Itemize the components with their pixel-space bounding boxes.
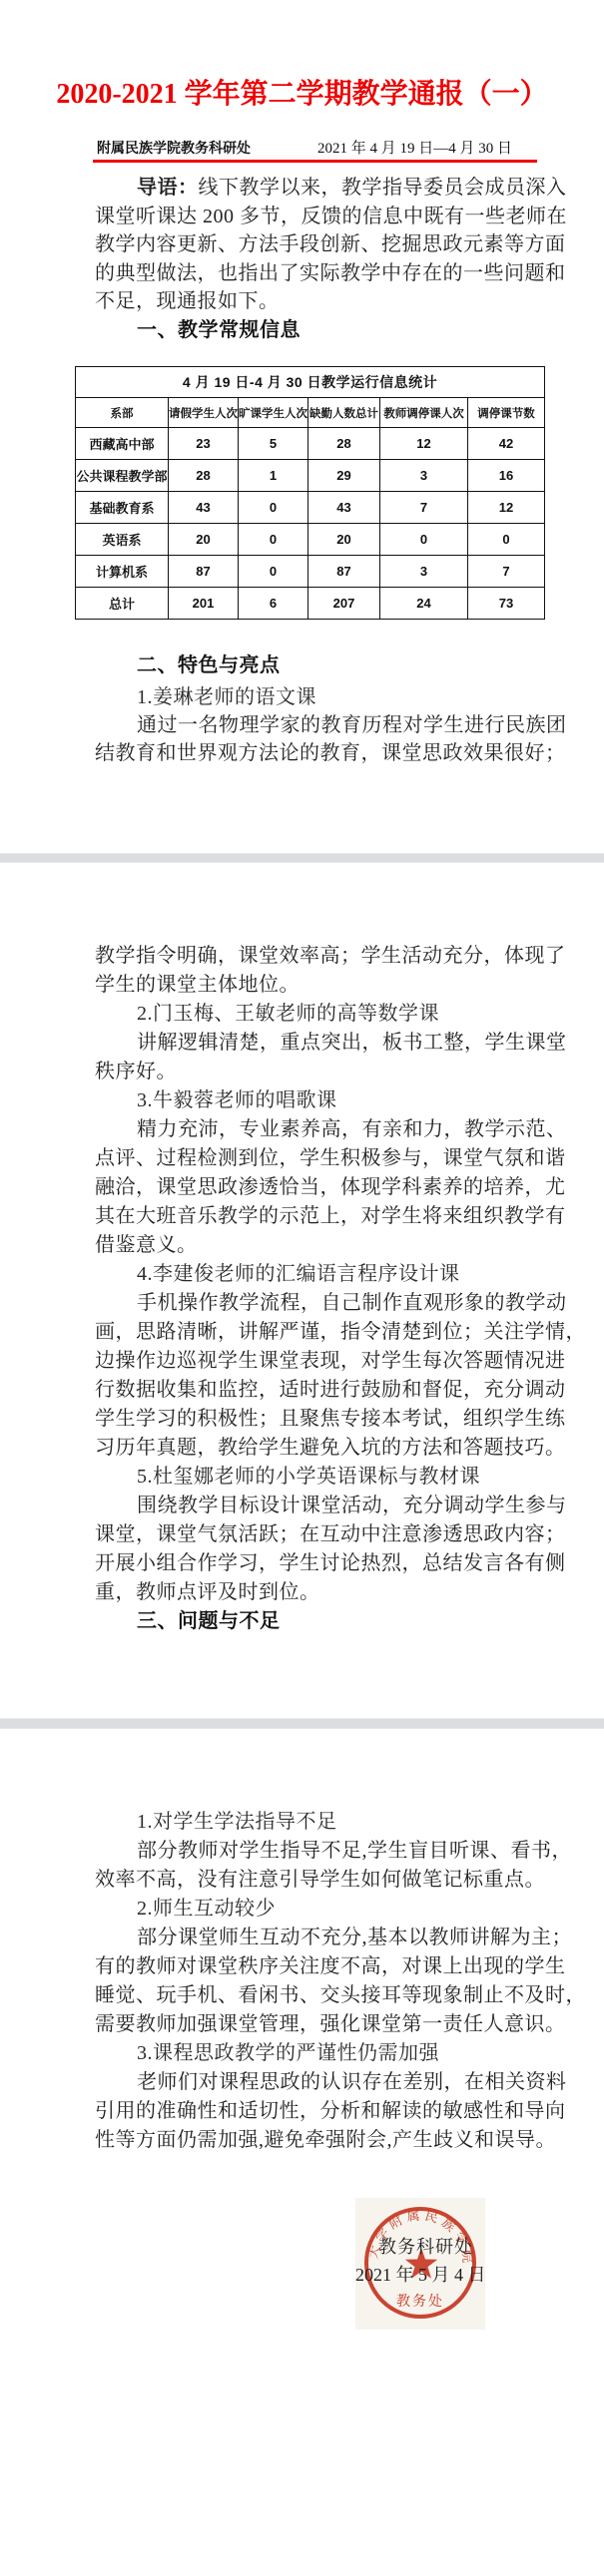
problem-2-title: 2.师生互动较少	[95, 1895, 539, 1924]
table-cell: 12	[468, 492, 545, 524]
highlight-5-title: 5.杜玺娜老师的小学英语课标与教材课	[95, 1463, 539, 1492]
text-line: 习历年真题，教给学生避免入坑的方法和答题技巧。	[95, 1434, 539, 1463]
table-row: 基础教育系 43 0 43 7 12	[76, 492, 545, 524]
table-cell: 7	[468, 556, 545, 588]
table-cell: 0	[239, 524, 308, 556]
text-line: 手机操作教学流程，自己制作直观形象的教学动	[95, 1289, 539, 1318]
text-line: 通过一名物理学家的教育历程对学生进行民族团	[95, 711, 539, 739]
table-cell: 20	[169, 524, 239, 556]
text-line: 学生的课堂主体地位。	[95, 971, 539, 1000]
intro-paragraph: 导语：线下教学以来，教学指导委员会成员深入 课堂听课达 200 多节，反馈的信息…	[95, 174, 539, 316]
col-header: 旷课学生人次	[239, 398, 308, 428]
table-cell: 207	[308, 588, 380, 620]
table-cell: 总计	[76, 588, 169, 620]
text-line: 性等方面仍需加强,避免牵强附会,产生歧义和误导。	[95, 2126, 539, 2155]
section-1-heading: 一、教学常规信息	[95, 316, 539, 344]
col-header: 教师调停课人次	[380, 398, 468, 428]
page-3-text: 1.对学生学法指导不足 部分教师对学生指导不足,学生盲目听课、看书， 效率不高，…	[95, 1808, 539, 2155]
intro-label: 导语：	[137, 177, 199, 199]
highlight-3-title: 3.牛毅蓉老师的唱歌课	[95, 1086, 539, 1115]
highlight-2-paragraph: 讲解逻辑清楚，重点突出，板书工整，学生课堂 秩序好。	[95, 1029, 539, 1086]
text-line: 融洽，课堂思政渗透恰当，体现学科素养的培养，尤	[95, 1173, 539, 1202]
text-line: 睡觉、玩手机、看闲书、交头接耳等现象制止不及时，	[95, 1981, 539, 2010]
text-line: 秩序好。	[95, 1058, 539, 1086]
seal-center-text: 教务处	[396, 2293, 444, 2310]
table-cell: 28	[308, 428, 380, 460]
text-line: 学生学习的积极性；且聚焦专接本考试，组织学生练	[95, 1405, 539, 1434]
table-row: 计算机系 87 0 87 3 7	[76, 556, 545, 588]
table-cell: 16	[468, 460, 545, 492]
text-line: 部分课堂师生互动不充分,基本以教师讲解为主；	[95, 1924, 539, 1952]
highlight-1-title: 1.姜琳老师的语文课	[95, 683, 539, 711]
highlight-4-paragraph: 手机操作教学流程，自己制作直观形象的教学动 画，思路清晰，讲解严谨，指令清楚到位…	[95, 1289, 539, 1463]
table-cell: 7	[380, 492, 468, 524]
text-line: 老师们对课程思政的认识存在差别，在相关资料	[95, 2068, 539, 2097]
table-row: 公共课程教学部 28 1 29 3 16	[76, 460, 545, 492]
section-2-heading: 二、特色与亮点	[95, 651, 539, 679]
page-separator	[0, 1718, 604, 1729]
table-cell: 计算机系	[76, 556, 169, 588]
problem-1-title: 1.对学生学法指导不足	[95, 1808, 539, 1837]
table-total-row: 总计 201 6 207 24 73	[76, 588, 545, 620]
problem-3-title: 3.课程思政教学的严谨性仍需加强	[95, 2039, 539, 2068]
col-header: 调停课节数	[468, 398, 545, 428]
text-line: 边操作边巡视学生课堂表现，对学生每次答题情况进	[95, 1347, 539, 1376]
highlight-2-title: 2.门玉梅、王敏老师的高等数学课	[95, 1000, 539, 1029]
table-cell: 5	[239, 428, 308, 460]
table-cell: 20	[308, 524, 380, 556]
text-line: 课堂，课堂气氛活跃；在互动中注意渗透思政内容；	[95, 1520, 539, 1549]
header-divider	[93, 160, 537, 163]
table-cell: 0	[468, 524, 545, 556]
text-line: 结教育和世界观方法论的教育，课堂思政效果很好；	[95, 739, 539, 767]
text-line: 效率不高，没有注意引导学生如何做笔记标重点。	[95, 1866, 539, 1895]
col-header: 系部	[76, 398, 169, 428]
table-header-row: 系部 请假学生人次 旷课学生人次 缺勤人数总计 教师调停课人次 调停课节数	[76, 398, 545, 428]
table-cell: 28	[169, 460, 239, 492]
text-line: 的典型做法，也指出了实际教学中存在的一些问题和	[95, 259, 539, 288]
table-cell: 43	[308, 492, 380, 524]
page-2: 教学指令明确，课堂效率高；学生活动充分，体现了 学生的课堂主体地位。 2.门玉梅…	[0, 863, 604, 1718]
table-cell: 12	[380, 428, 468, 460]
table-cell: 0	[239, 492, 308, 524]
signature-date: 2021 年 5 月 4 日	[355, 2261, 486, 2287]
table-cell: 1	[239, 460, 308, 492]
page-2-text: 教学指令明确，课堂效率高；学生活动充分，体现了 学生的课堂主体地位。 2.门玉梅…	[95, 942, 539, 1636]
text-line: 有的教师对课堂秩序关注度不高，对课上出现的学生	[95, 1952, 539, 1981]
col-header: 请假学生人次	[169, 398, 239, 428]
highlight-1-continuation: 教学指令明确，课堂效率高；学生活动充分，体现了 学生的课堂主体地位。	[95, 942, 539, 1000]
text-line: 重，教师点评及时到位。	[95, 1578, 539, 1607]
highlight-1-paragraph: 通过一名物理学家的教育历程对学生进行民族团 结教育和世界观方法论的教育，课堂思政…	[95, 711, 539, 767]
table-cell: 公共课程教学部	[76, 460, 169, 492]
text-line: 需要教师加强课堂管理，强化课堂第一责任人意识。	[95, 2010, 539, 2039]
text-line: 行数据收集和监控，适时进行鼓励和督促，充分调动	[95, 1376, 539, 1405]
table-cell: 23	[169, 428, 239, 460]
text-line: 画，思路清晰，讲解严谨，指令清楚到位；关注学情，	[95, 1318, 539, 1347]
text-line: 引用的准确性和适切性，分析和解读的敏感性和导向	[95, 2097, 539, 2126]
text-span: 线下教学以来，教学指导委员会成员深入	[199, 177, 567, 199]
table-row: 西藏高中部 23 5 28 12 42	[76, 428, 545, 460]
table-cell: 201	[169, 588, 239, 620]
signature-department: 教务科研处	[378, 2233, 473, 2259]
text-line: 讲解逻辑清楚，重点突出，板书工整，学生课堂	[95, 1029, 539, 1058]
document-viewer: { "colors": { "title_red": "#ee0000", "r…	[0, 0, 604, 2576]
text-line: 围绕教学目标设计课堂活动，充分调动学生参与	[95, 1492, 539, 1520]
highlight-3-paragraph: 精力充沛，专业素养高，有亲和力，教学示范、 点评、过程检测到位，学生积极参与，课…	[95, 1115, 539, 1260]
table-cell: 英语系	[76, 524, 169, 556]
table-row: 英语系 20 0 20 0 0	[76, 524, 545, 556]
col-header: 缺勤人数总计	[308, 398, 380, 428]
problem-2-paragraph: 部分课堂师生互动不充分,基本以教师讲解为主； 有的教师对课堂秩序关注度不高，对课…	[95, 1924, 539, 2039]
table-cell: 3	[380, 556, 468, 588]
table-cell: 0	[239, 556, 308, 588]
table-cell: 87	[308, 556, 380, 588]
text-line: 不足，现通报如下。	[95, 287, 539, 316]
table-title-row: 4 月 19 日-4 月 30 日教学运行信息统计	[76, 367, 545, 398]
text-line: 部分教师对学生指导不足,学生盲目听课、看书，	[95, 1837, 539, 1866]
page-3: 1.对学生学法指导不足 部分教师对学生指导不足,学生盲目听课、看书， 效率不高，…	[0, 1729, 604, 2576]
document-title: 2020-2021 学年第二学期教学通报（一）	[0, 72, 604, 112]
table-cell: 西藏高中部	[76, 428, 169, 460]
table-cell: 24	[380, 588, 468, 620]
text-line: 教学指令明确，课堂效率高；学生活动充分，体现了	[95, 942, 539, 971]
table-cell: 0	[380, 524, 468, 556]
table-cell: 73	[468, 588, 545, 620]
highlight-5-paragraph: 围绕教学目标设计课堂活动，充分调动学生参与 课堂，课堂气氛活跃；在互动中注意渗透…	[95, 1492, 539, 1607]
text-line: 课堂听课达 200 多节，反馈的信息中既有一些老师在	[95, 203, 539, 231]
text-line: 开展小组合作学习，学生讨论热烈，总结发言各有侧	[95, 1549, 539, 1578]
text-line: 精力充沛，专业素养高，有亲和力，教学示范、	[95, 1115, 539, 1144]
issuing-department: 附属民族学院教务科研处	[97, 138, 251, 158]
table-cell: 43	[169, 492, 239, 524]
page-separator	[0, 853, 604, 863]
section-3-heading: 三、问题与不足	[95, 1607, 539, 1636]
text-line: 其在大班音乐教学的示范上，对学生将来组织教学有	[95, 1202, 539, 1231]
problem-3-paragraph: 老师们对课程思政的认识存在差别，在相关资料 引用的准确性和适切性，分析和解读的敏…	[95, 2068, 539, 2155]
table-cell: 87	[169, 556, 239, 588]
text-line: 借鉴意义。	[95, 1231, 539, 1260]
table-title: 4 月 19 日-4 月 30 日教学运行信息统计	[76, 367, 545, 398]
text-line: 点评、过程检测到位，学生积极参与，课堂气氛和谐	[95, 1144, 539, 1173]
page-1: 2020-2021 学年第二学期教学通报（一） 附属民族学院教务科研处 2021…	[0, 0, 604, 853]
table-cell: 29	[308, 460, 380, 492]
problem-1-paragraph: 部分教师对学生指导不足,学生盲目听课、看书， 效率不高，没有注意引导学生如何做笔…	[95, 1837, 539, 1895]
report-date-range: 2021 年 4 月 19 日—4 月 30 日	[317, 137, 512, 158]
text-line: 教学内容更新、方法手段创新、挖掘思政元素等方面	[95, 230, 539, 259]
table-cell: 6	[239, 588, 308, 620]
text-line: 导语：线下教学以来，教学指导委员会成员深入	[95, 174, 539, 203]
highlight-4-title: 4.李建俊老师的汇编语言程序设计课	[95, 1260, 539, 1289]
table-cell: 42	[468, 428, 545, 460]
stats-table: 4 月 19 日-4 月 30 日教学运行信息统计 系部 请假学生人次 旷课学生…	[75, 366, 545, 620]
table-cell: 基础教育系	[76, 492, 169, 524]
table-cell: 3	[380, 460, 468, 492]
